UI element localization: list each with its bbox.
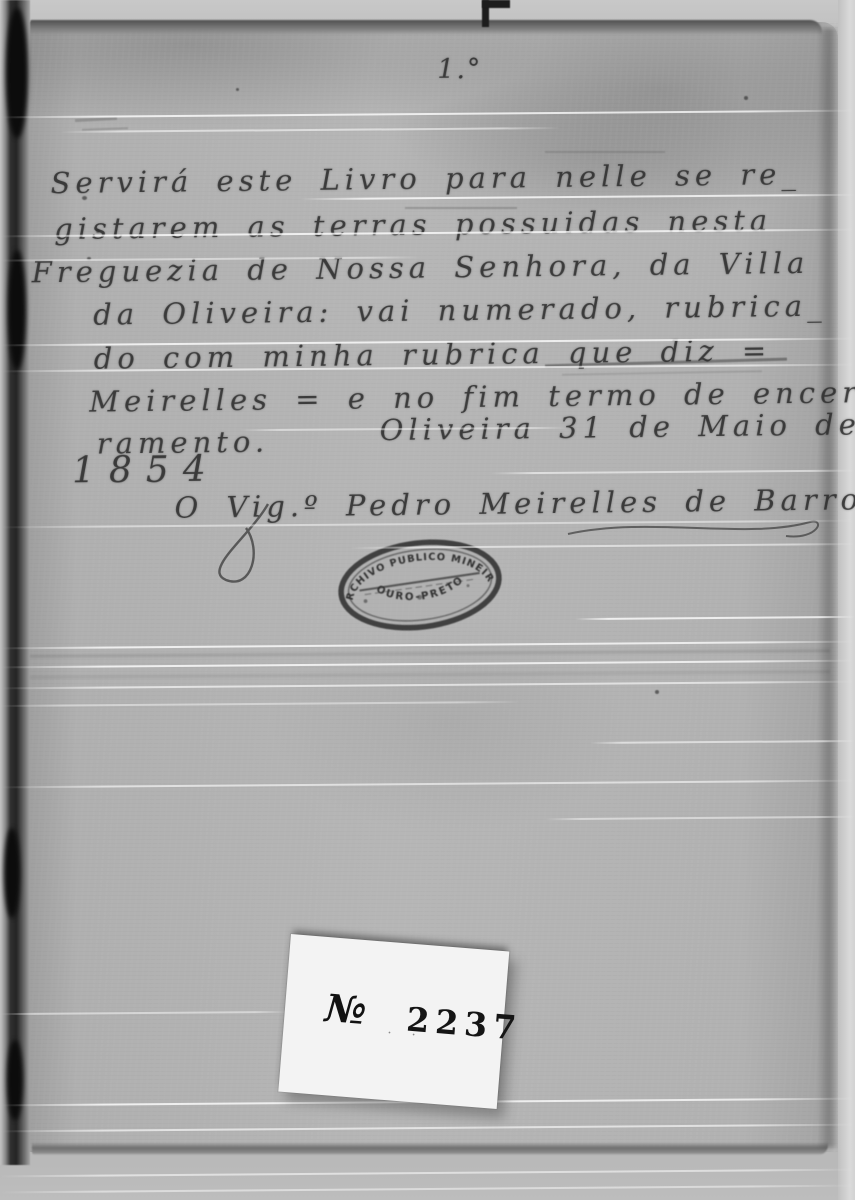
manuscript-line: Freguezia de Nossa Senhora, da Villa xyxy=(31,248,809,289)
catalog-label: № . . 2237 xyxy=(278,934,509,1109)
manuscript-line: Servirá este Livro para nelle se re_ xyxy=(50,159,801,200)
scan-streak xyxy=(0,1169,855,1178)
scan-streak xyxy=(0,1185,855,1194)
manuscript-line: da Oliveira: vai numerado, rubrica_ xyxy=(93,291,827,332)
page-bottom-edge xyxy=(32,1142,828,1155)
manuscript-line: gistarem as terras possuidas nesta xyxy=(54,205,772,246)
label-number: 2237 xyxy=(405,1000,524,1048)
scanned-book-page: 1.° Servirá este Livro para nelle se re_… xyxy=(0,0,855,1200)
label-numero-sign: № xyxy=(323,985,368,1033)
binding-blot xyxy=(7,1040,23,1120)
binding-blot xyxy=(4,828,20,918)
folio-number: 1.° xyxy=(437,55,483,85)
